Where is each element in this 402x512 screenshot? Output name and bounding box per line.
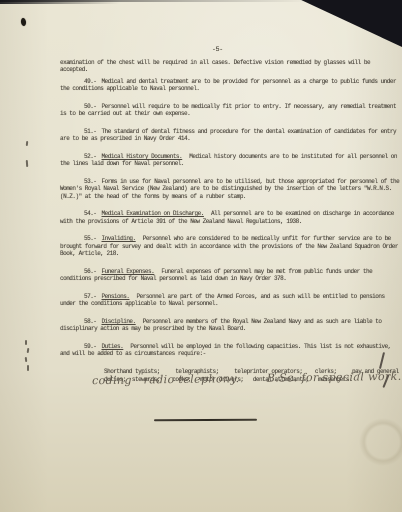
paragraph-52: 52.- Medical History Documents. Medical … (60, 153, 400, 168)
paragraph-number: 58.- (84, 318, 96, 325)
paragraph-57: 57.- Pensions. Personnel are part of the… (60, 293, 400, 308)
paragraph-body: Personnel will require to be medically f… (60, 103, 396, 117)
page-number: -5- (212, 46, 223, 53)
paragraph-number: 57.- (84, 293, 96, 300)
paragraph-body: Forms in use for Naval personnel are to … (60, 178, 399, 200)
paragraph-body: The standard of dental fitness and proce… (60, 128, 396, 142)
paragraph-59: 59.- Duties. Personnel will be employed … (60, 343, 400, 358)
scanned-document-page: -5- examination of the chest will be req… (0, 0, 402, 512)
paragraph-body: examination of the chest will be require… (60, 59, 370, 73)
paragraph-53: 53.- Forms in use for Naval personnel ar… (60, 178, 400, 200)
paragraph-51: 51.- The standard of dental fitness and … (60, 128, 400, 143)
paragraph-heading: Duties. (102, 343, 124, 350)
paragraph-54: 54.- Medical Examination on Discharge. A… (60, 210, 400, 225)
margin-pen-tick (27, 348, 30, 353)
paragraph-number: 59.- (84, 343, 96, 350)
paragraph-number: 56.- (84, 268, 96, 275)
paragraph-number: 55.- (84, 235, 96, 242)
paragraph-heading: Funeral Expenses. (102, 268, 155, 275)
margin-pen-tick (25, 340, 27, 345)
paragraph-heading: Invaliding. (102, 235, 136, 242)
margin-pen-tick (26, 160, 28, 167)
typed-text-block: examination of the chest will be require… (60, 59, 400, 383)
paragraph-heading: Medical Examination on Discharge. (102, 210, 204, 217)
paragraph-number: 50.- (84, 103, 96, 110)
section-end-rule (154, 419, 257, 422)
paper-top-edge-line (0, 0, 310, 2)
paragraph-49: 49.- Medical and dental treatment are to… (60, 78, 400, 93)
margin-pen-tick (25, 357, 28, 362)
paragraph-number: 54.- (84, 210, 96, 217)
paragraph-heading: Discipline. (102, 318, 136, 325)
scanner-backdrop-corner (290, 0, 402, 50)
margin-pen-tick (26, 141, 29, 146)
margin-pen-tick (27, 365, 29, 371)
paragraph-heading: Pensions. (102, 293, 130, 300)
paragraph-50: 50.- Personnel will require to be medica… (60, 103, 400, 118)
paragraph-heading: Medical History Documents. (102, 153, 183, 160)
paragraph-number: 51.- (84, 128, 96, 135)
paragraph-continuation: examination of the chest will be require… (60, 59, 400, 74)
paragraph-56: 56.- Funeral Expenses. Funeral expenses … (60, 268, 400, 283)
paragraph-body: Medical and dental treatment are to be p… (60, 78, 396, 92)
paragraph-number: 49.- (84, 78, 96, 85)
paragraph-58: 58.- Discipline. Personnel are members o… (60, 318, 400, 333)
paragraph-number: 52.- (84, 153, 96, 160)
paragraph-55: 55.- Invaliding. Personnel who are consi… (60, 235, 400, 257)
paragraph-number: 53.- (84, 178, 96, 185)
punch-hole-mark (20, 18, 26, 27)
